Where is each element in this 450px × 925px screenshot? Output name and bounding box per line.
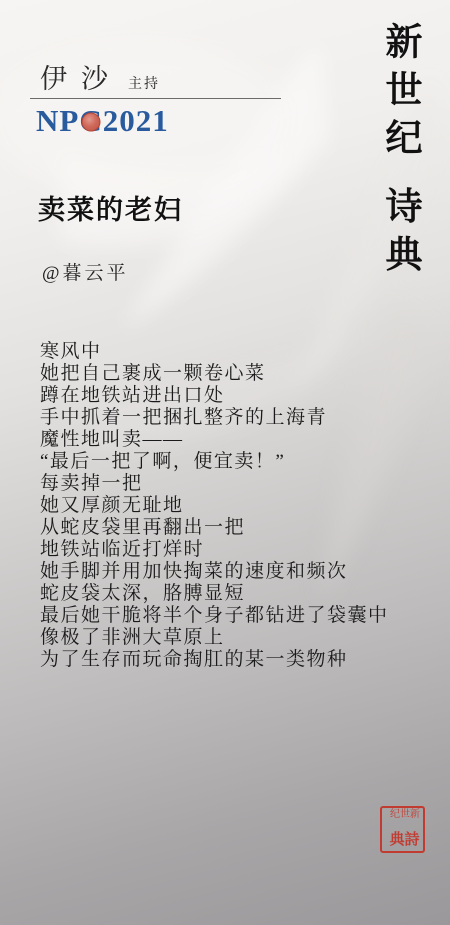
poem-line: 最后她干脆将半个身子都钻进了袋囊中 xyxy=(40,605,435,627)
npc-globe-icon xyxy=(82,113,101,132)
host-name: 伊沙 xyxy=(40,64,122,94)
host-role-label: 主持 xyxy=(128,75,160,91)
poem-line: 她把自己裹成一颗卷心菜 xyxy=(40,363,435,385)
poem-line: 蛇皮袋太深，胳膊显短 xyxy=(40,583,435,605)
poem-line: “最后一把了啊，便宜卖！” xyxy=(40,451,435,473)
npc-logo-np: NP xyxy=(36,103,79,139)
poem-body: 寒风中她把自己裹成一颗卷心菜蹲在地铁站进出口处手中抓着一把捆扎整齐的上海青魔性地… xyxy=(40,341,435,671)
poem-title: 卖菜的老妇 xyxy=(38,188,183,227)
poem-line: 她手脚并用加快掏菜的速度和频次 xyxy=(40,561,435,583)
poem-line: 寒风中 xyxy=(40,341,435,363)
poem-line: 像极了非洲大草原上 xyxy=(40,627,435,649)
poem-line: 地铁站临近打烊时 xyxy=(40,539,435,561)
header-divider-line xyxy=(30,98,281,99)
npc-logo: NPC2021 xyxy=(36,103,169,139)
poem-line: 每卖掉一把 xyxy=(40,473,435,495)
poem-line: 从蛇皮袋里再翻出一把 xyxy=(40,517,435,539)
npc-logo-year: 2021 xyxy=(103,103,169,139)
seal-text: 新世纪 詩典 xyxy=(388,808,418,851)
seal-column-left: 詩典 xyxy=(388,831,418,852)
masthead-column-right: 新世纪 xyxy=(379,22,420,166)
poem-line: 她又厚颜无耻地 xyxy=(40,495,435,517)
poem-line: 手中抓着一把捆扎整齐的上海青 xyxy=(40,407,435,429)
host-block: 伊沙 主持 xyxy=(40,57,290,96)
masthead-vertical-title: 新世纪 诗典 xyxy=(372,22,426,322)
npc-logo-c: C xyxy=(79,103,102,139)
seal-column-right: 新世纪 xyxy=(388,808,418,829)
poem-line: 魔性地叫卖—— xyxy=(40,429,435,451)
publisher-seal: 新世纪 詩典 xyxy=(380,806,425,853)
poem-line: 为了生存而玩命掏肛的某一类物种 xyxy=(40,649,435,671)
masthead-column-left: 诗典 xyxy=(379,186,420,282)
poem-line: 蹲在地铁站进出口处 xyxy=(40,385,435,407)
poem-card: 伊沙 主持 NPC2021 新世纪 诗典 卖菜的老妇 @暮云平 寒风中她把自己裹… xyxy=(0,0,450,925)
poem-author: @暮云平 xyxy=(42,258,129,285)
